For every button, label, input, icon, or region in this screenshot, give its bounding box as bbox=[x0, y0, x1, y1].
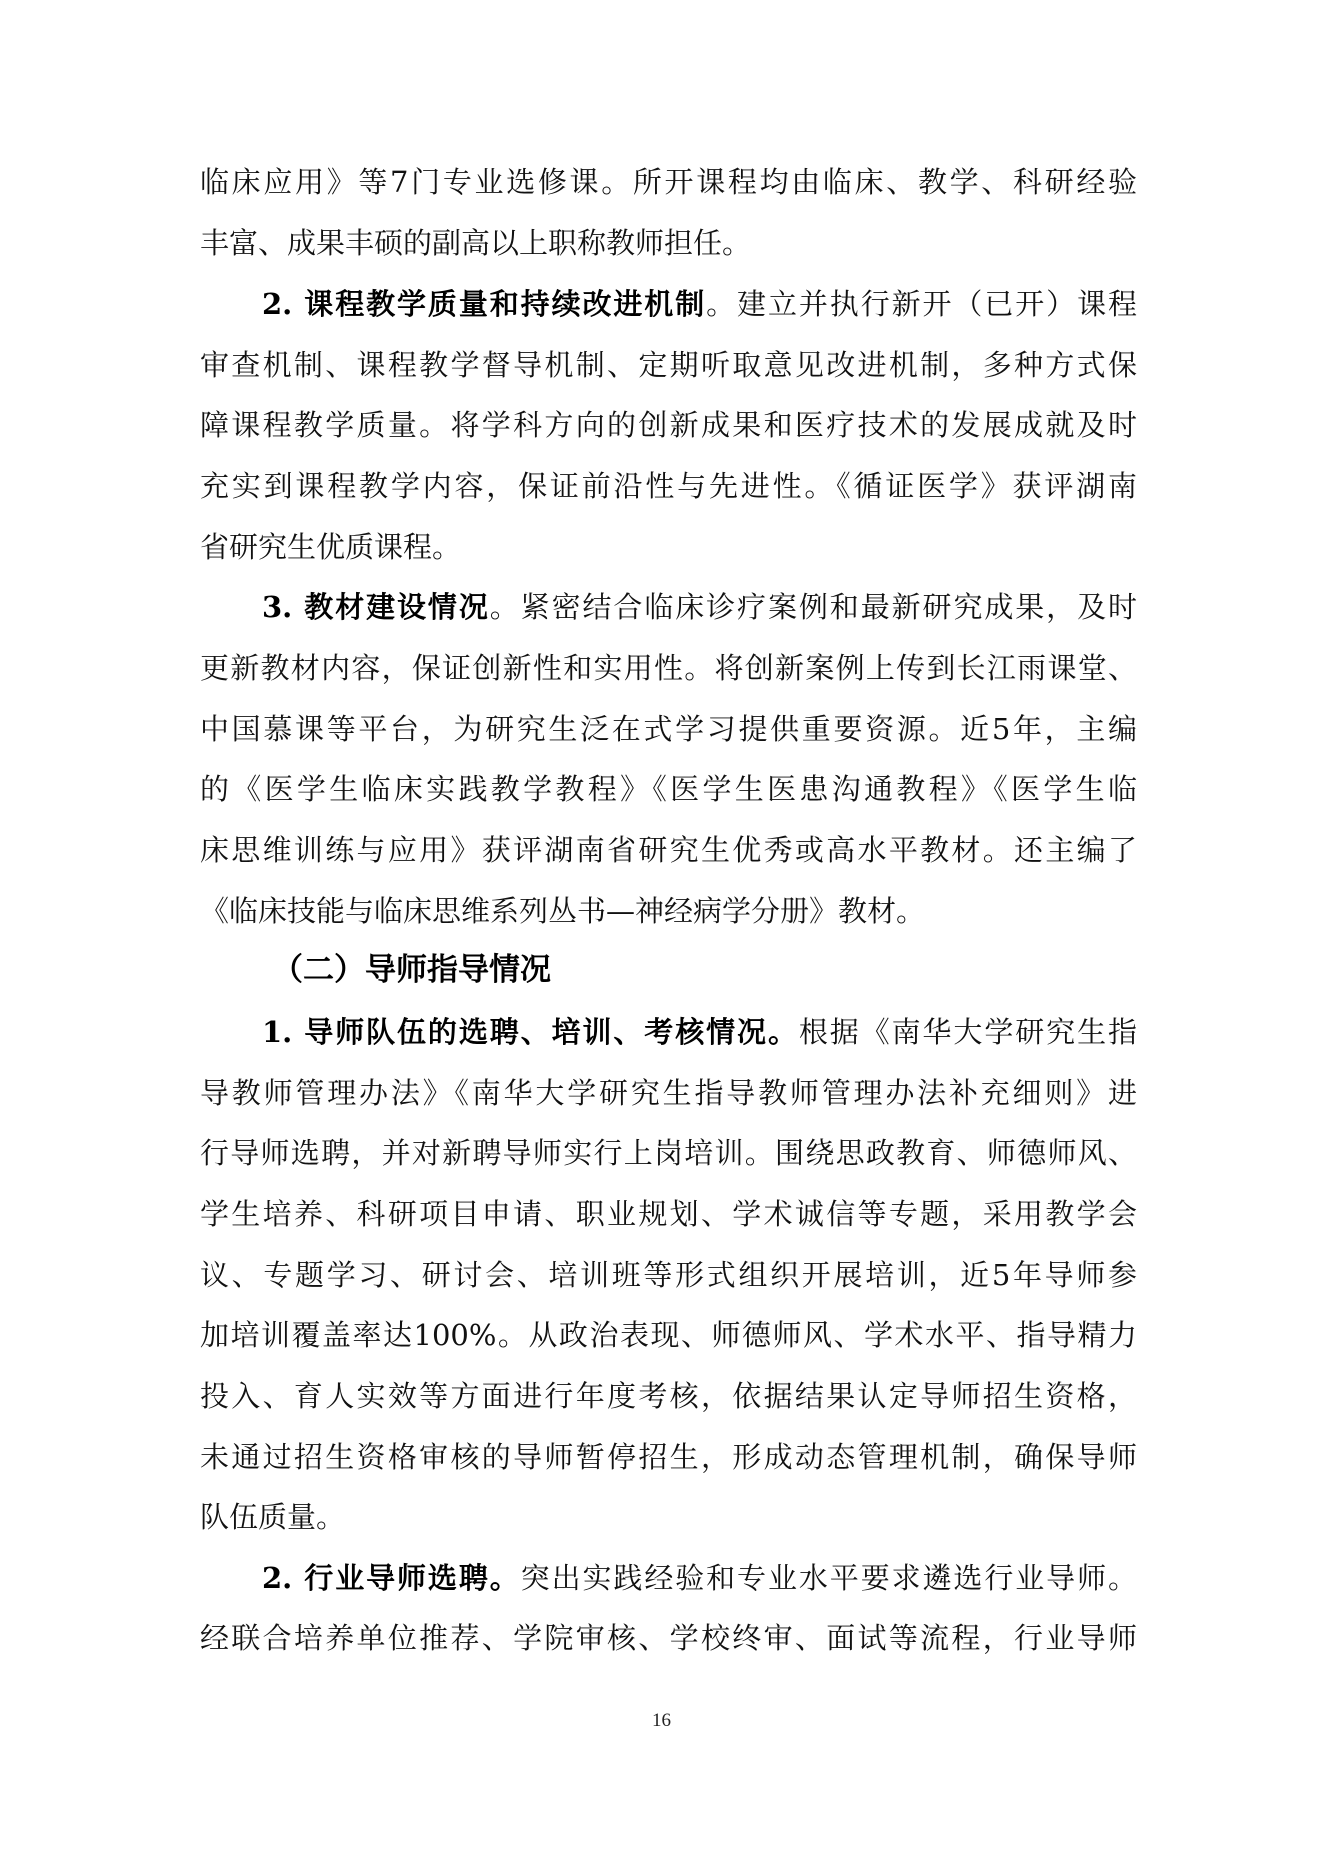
paragraph-line: 床思维训练与应用》获评湖南省研究生优秀或高水平教材。还主编了 bbox=[200, 830, 1137, 870]
paragraph-first-line: 1. 导师队伍的选聘、培训、考核情况。根据《南华大学研究生指 bbox=[262, 1012, 1137, 1052]
paragraph-line: 中国慕课等平台，为研究生泛在式学习提供重要资源。近5年，主编 bbox=[200, 709, 1137, 749]
paragraph-line: 加培训覆盖率达100%。从政治表现、师德师风、学术水平、指导精力 bbox=[200, 1315, 1137, 1355]
paragraph-line: 队伍质量。 bbox=[200, 1497, 1137, 1537]
paragraph-title: 3. 教材建设情况 bbox=[262, 590, 490, 624]
document-page: 临床应用》等7门专业选修课。所开课程均由临床、教学、科研经验 丰富、成果丰硕的副… bbox=[0, 0, 1323, 1871]
paragraph-line: 的《医学生临床实践教学教程》《医学生医患沟通教程》《医学生临 bbox=[200, 769, 1137, 809]
paragraph-first-line: 2. 课程教学质量和持续改进机制。建立并执行新开（已开）课程 bbox=[262, 284, 1137, 324]
paragraph-text: 。建立并执行新开（已开）课程 bbox=[706, 287, 1137, 321]
paragraph-title: 2. 课程教学质量和持续改进机制 bbox=[262, 287, 706, 321]
paragraph-line: 议、专题学习、研讨会、培训班等形式组织开展培训，近5年导师参 bbox=[200, 1255, 1137, 1295]
paragraph-title: 2. 行业导师选聘。 bbox=[262, 1561, 521, 1595]
paragraph-text: 突出实践经验和专业水平要求遴选行业导师。 bbox=[521, 1561, 1137, 1595]
paragraph-first-line: 2. 行业导师选聘。突出实践经验和专业水平要求遴选行业导师。 bbox=[262, 1558, 1137, 1598]
paragraph-line: 审查机制、课程教学督导机制、定期听取意见改进机制，多种方式保 bbox=[200, 345, 1137, 385]
page-number: 16 bbox=[0, 1708, 1323, 1734]
paragraph-line: 导教师管理办法》《南华大学研究生指导教师管理办法补充细则》进 bbox=[200, 1073, 1137, 1113]
paragraph-line: 投入、育人实效等方面进行年度考核，依据结果认定导师招生资格， bbox=[200, 1376, 1137, 1416]
paragraph-title: 1. 导师队伍的选聘、培训、考核情况。 bbox=[262, 1015, 799, 1049]
section-heading: （二）导师指导情况 bbox=[272, 948, 551, 992]
paragraph-text: 。紧密结合临床诊疗案例和最新研究成果，及时 bbox=[490, 590, 1137, 624]
paragraph-line: 更新教材内容，保证创新性和实用性。将创新案例上传到长江雨课堂、 bbox=[200, 648, 1137, 688]
paragraph-line: 充实到课程教学内容，保证前沿性与先进性。《循证医学》获评湖南 bbox=[200, 466, 1137, 506]
paragraph-first-line: 3. 教材建设情况。紧密结合临床诊疗案例和最新研究成果，及时 bbox=[262, 587, 1137, 627]
paragraph-line: 行导师选聘，并对新聘导师实行上岗培训。围绕思政教育、师德师风、 bbox=[200, 1133, 1137, 1173]
paragraph-line: 临床应用》等7门专业选修课。所开课程均由临床、教学、科研经验 bbox=[200, 162, 1137, 202]
paragraph-line: 丰富、成果丰硕的副高以上职称教师担任。 bbox=[200, 223, 1137, 263]
paragraph-line: 经联合培养单位推荐、学院审核、学校终审、面试等流程，行业导师 bbox=[200, 1618, 1137, 1658]
paragraph-line: 障课程教学质量。将学科方向的创新成果和医疗技术的发展成就及时 bbox=[200, 405, 1137, 445]
paragraph-text: 根据《南华大学研究生指 bbox=[799, 1015, 1137, 1049]
paragraph-line: 学生培养、科研项目申请、职业规划、学术诚信等专题，采用教学会 bbox=[200, 1194, 1137, 1234]
paragraph-line: 未通过招生资格审核的导师暂停招生，形成动态管理机制，确保导师 bbox=[200, 1437, 1137, 1477]
paragraph-line: 省研究生优质课程。 bbox=[200, 527, 1137, 567]
paragraph-line: 《临床技能与临床思维系列丛书—神经病学分册》教材。 bbox=[200, 891, 1137, 931]
